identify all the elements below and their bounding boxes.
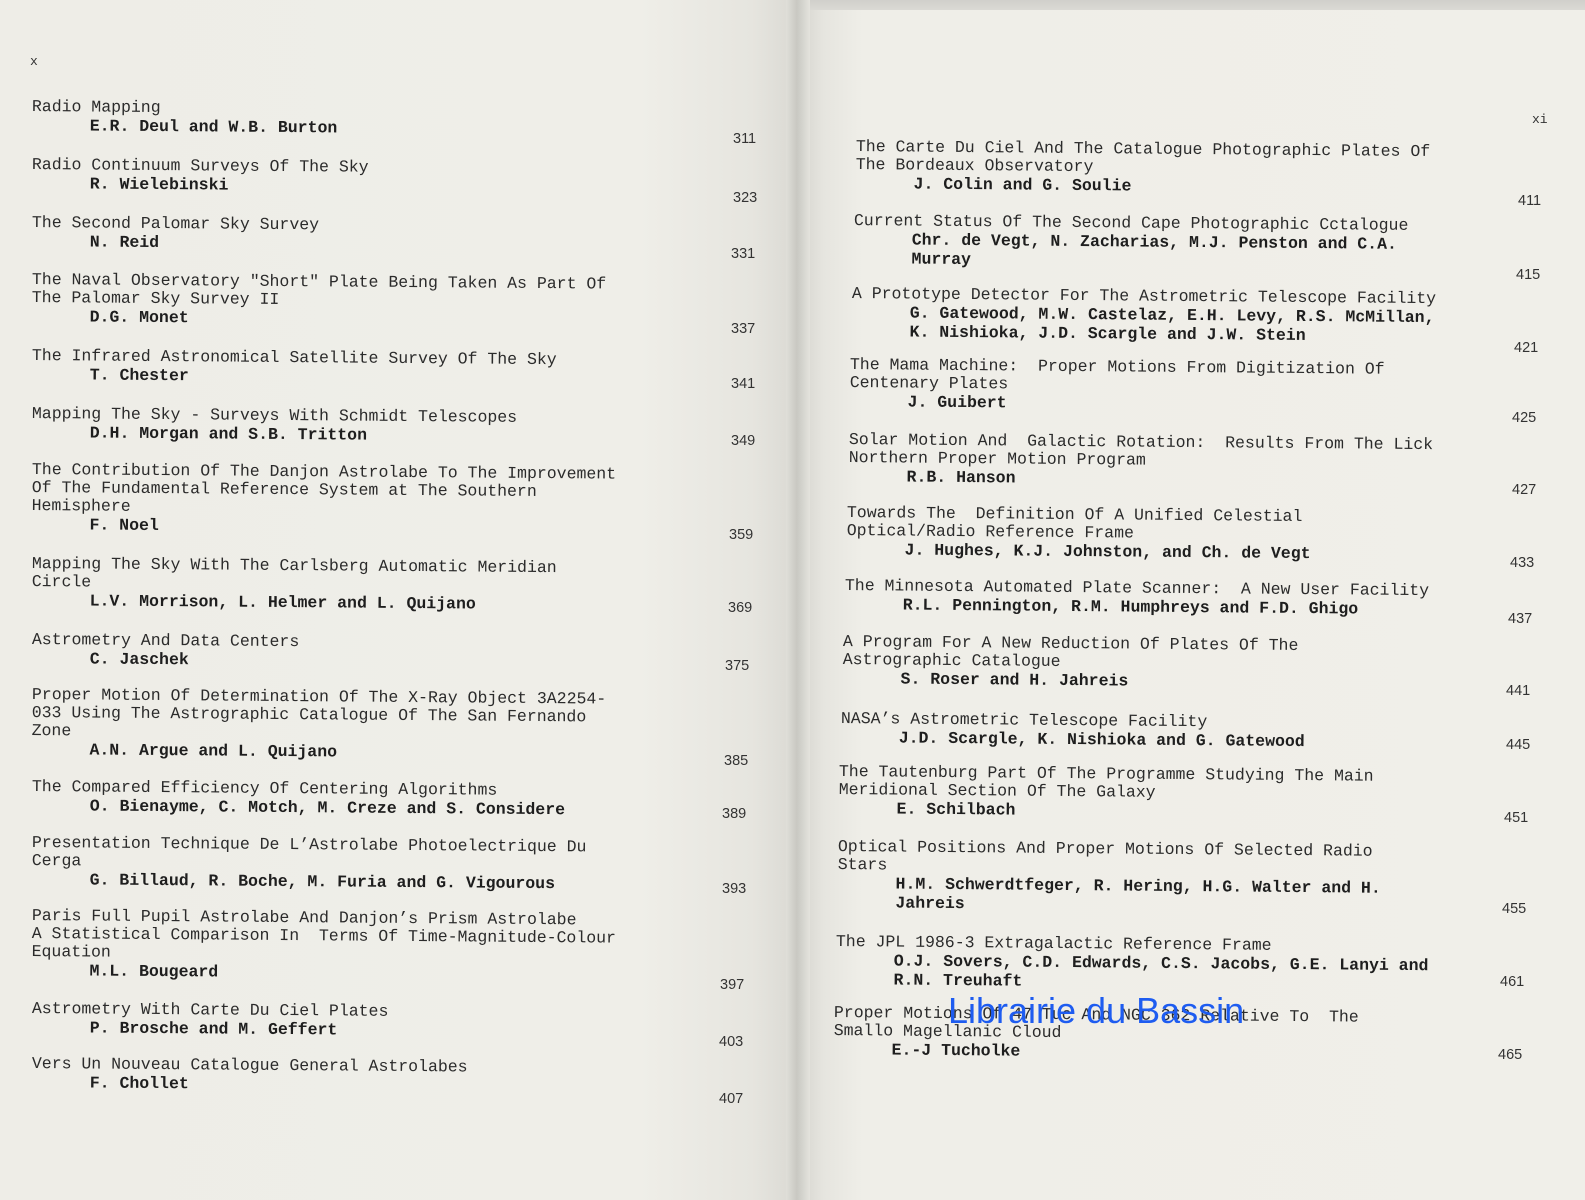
toc-entry-title: The Contribution Of The Danjon Astrolabe… — [32, 461, 617, 520]
toc-entry-page-number: 375 — [725, 658, 749, 674]
toc-entry: Optical Positions And Proper Motions Of … — [837, 838, 1381, 917]
toc-entry: Presentation Technique De L’Astrolabe Ph… — [32, 834, 587, 893]
toc-entry-title: Optical Positions And Proper Motions Of … — [838, 838, 1381, 879]
toc-entry: The JPL 1986-3 Extragalactic Reference F… — [836, 933, 1429, 994]
toc-entry: The Tautenburg Part Of The Programme Stu… — [839, 763, 1374, 823]
toc-entry: Radio Continuum Surveys Of The SkyR. Wie… — [32, 156, 369, 196]
toc-entry-title: Astrometry With Carte Du Ciel Plates — [32, 1000, 389, 1021]
toc-entry: A Prototype Detector For The Astrometric… — [852, 285, 1437, 346]
toc-entry-page-number: 323 — [733, 190, 757, 206]
toc-entry-authors: S. Roser and H. Jahreis — [843, 669, 1299, 692]
toc-entry-page-number: 369 — [728, 600, 752, 616]
toc-entry-page-number: 433 — [1510, 555, 1534, 571]
toc-entry: The Minnesota Automated Plate Scanner: A… — [845, 577, 1430, 619]
toc-entry: The Contribution Of The Danjon Astrolabe… — [31, 461, 616, 539]
toc-entry: The Carte Du Ciel And The Catalogue Phot… — [856, 138, 1431, 198]
toc-entry: The Naval Observatory "Short" Plate Bein… — [32, 271, 607, 331]
toc-entry-page-number: 411 — [1518, 193, 1541, 209]
right-page-folio: xi — [1532, 112, 1548, 127]
toc-entry: Current Status Of The Second Cape Photog… — [854, 212, 1409, 273]
left-page-folio: x — [30, 54, 38, 69]
toc-entry-authors: R. Wielebinski — [32, 174, 369, 196]
toc-entry-title: The Carte Du Ciel And The Catalogue Phot… — [856, 138, 1431, 179]
toc-entry-page-number: 461 — [1500, 974, 1524, 990]
toc-entry-page-number: 427 — [1512, 482, 1536, 498]
toc-entry-title: The Mama Machine: Proper Motions From Di… — [850, 356, 1385, 397]
toc-entry-page-number: 425 — [1512, 410, 1536, 426]
toc-entry-page-number: 421 — [1514, 340, 1538, 356]
toc-entry-page-number: 441 — [1506, 683, 1530, 699]
toc-entry-page-number: 465 — [1498, 1047, 1522, 1063]
toc-entry: A Program For A New Reduction Of Plates … — [843, 633, 1299, 692]
toc-entry-authors: J.D. Scargle, K. Nishioka and G. Gatewoo… — [841, 728, 1305, 751]
toc-entry-page-number: 403 — [719, 1034, 743, 1050]
toc-entry-page-number: 311 — [733, 131, 756, 147]
toc-entry-page-number: 389 — [722, 806, 746, 822]
toc-entry: Solar Motion And Galactic Rotation: Resu… — [849, 431, 1434, 491]
toc-entry-title: Radio Continuum Surveys Of The Sky — [32, 156, 369, 177]
toc-entry-authors: Chr. de Vegt, N. Zacharias, M.J. Penston… — [854, 230, 1409, 273]
toc-entry-title: Proper Motion Of Determination Of The X-… — [32, 686, 607, 745]
toc-entry-page-number: 415 — [1516, 267, 1540, 283]
toc-entry-title: Radio Mapping — [32, 98, 338, 118]
toc-entry: Astrometry And Data CentersC. Jaschek — [32, 631, 300, 670]
watermark: Librairie du Bassin — [948, 990, 1244, 1032]
toc-entry-authors: P. Brosche and M. Geffert — [32, 1018, 389, 1040]
toc-entry: Radio MappingE.R. Deul and W.B. Burton — [32, 98, 338, 137]
toc-entry: Towards The Definition Of A Unified Cele… — [847, 504, 1311, 563]
toc-entry-title: Solar Motion And Galactic Rotation: Resu… — [849, 431, 1433, 472]
toc-entry: The Infrared Astronomical Satellite Surv… — [32, 347, 557, 388]
toc-entry-title: Mapping The Sky With The Carlsberg Autom… — [32, 555, 557, 595]
toc-entry-authors: D.H. Morgan and S.B. Tritton — [32, 423, 517, 446]
toc-entry-page-number: 341 — [731, 376, 755, 392]
toc-entry-title: Astrometry And Data Centers — [32, 631, 299, 651]
toc-entry-page-number: 331 — [731, 246, 755, 262]
toc-entry-title: The Second Palomar Sky Survey — [32, 214, 319, 234]
book-gutter — [786, 0, 810, 1200]
toc-entry-authors: E.R. Deul and W.B. Burton — [32, 116, 338, 137]
toc-entry-authors: F. Chollet — [32, 1073, 468, 1095]
toc-entry-page-number: 349 — [731, 433, 755, 449]
toc-entry: Mapping The Sky - Surveys With Schmidt T… — [32, 405, 517, 446]
toc-entry: NASA’s Astrometric Telescope FacilityJ.D… — [841, 710, 1305, 751]
toc-entry: Paris Full Pupil Astrolabe And Danjon’s … — [31, 907, 616, 985]
toc-entry-authors: J. Hughes, K.J. Johnston, and Ch. de Veg… — [847, 540, 1311, 563]
toc-entry: The Second Palomar Sky SurveyN. Reid — [32, 214, 319, 253]
toc-entry-authors: N. Reid — [32, 232, 319, 253]
toc-entry-authors: C. Jaschek — [32, 649, 299, 670]
toc-entry-page-number: 385 — [724, 753, 748, 769]
toc-entry-authors: G. Gatewood, M.W. Castelaz, E.H. Levy, R… — [852, 303, 1437, 346]
toc-entry-title: The Naval Observatory "Short" Plate Bein… — [32, 271, 607, 312]
toc-entry-page-number: 451 — [1504, 810, 1528, 826]
toc-entry: Astrometry With Carte Du Ciel PlatesP. B… — [32, 1000, 389, 1040]
toc-entry-authors: H.M. Schwerdtfeger, R. Hering, H.G. Walt… — [837, 874, 1380, 917]
toc-entry-title: Towards The Definition Of A Unified Cele… — [847, 504, 1311, 544]
toc-entry-title: A Program For A New Reduction Of Plates … — [843, 633, 1299, 673]
toc-entry-page-number: 455 — [1502, 901, 1526, 917]
toc-entry-page-number: 337 — [731, 321, 755, 337]
toc-entry-page-number: 407 — [719, 1091, 743, 1107]
toc-entry-title: Paris Full Pupil Astrolabe And Danjon’s … — [32, 907, 617, 966]
toc-entry: Proper Motion Of Determination Of The X-… — [31, 686, 606, 764]
toc-entry: The Mama Machine: Proper Motions From Di… — [850, 356, 1385, 416]
toc-entry-page-number: 359 — [729, 527, 753, 543]
toc-entry-page-number: 445 — [1506, 737, 1530, 753]
toc-entry-title: The Tautenburg Part Of The Programme Stu… — [839, 763, 1374, 804]
toc-entry: Vers Un Nouveau Catalogue General Astrol… — [32, 1055, 468, 1095]
toc-entry-page-number: 437 — [1508, 611, 1532, 627]
toc-entry: Mapping The Sky With The Carlsberg Autom… — [32, 555, 557, 614]
toc-entry-title: Presentation Technique De L’Astrolabe Ph… — [32, 834, 587, 874]
toc-entry-page-number: 393 — [722, 881, 746, 897]
toc-entry-authors: O.J. Sovers, C.D. Edwards, C.S. Jacobs, … — [836, 951, 1429, 994]
toc-entry: The Compared Efficiency Of Centering Alg… — [32, 778, 566, 819]
toc-entry-page-number: 397 — [720, 977, 744, 993]
